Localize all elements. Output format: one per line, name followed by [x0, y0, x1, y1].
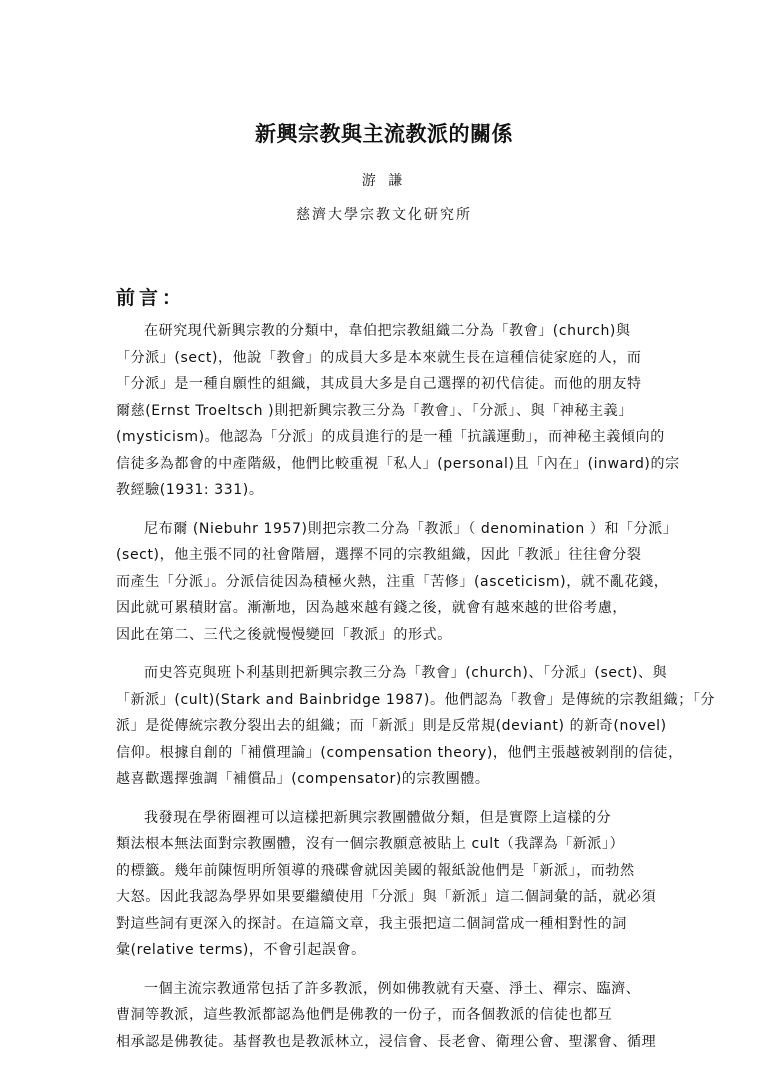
- section-heading-preface: 前言：: [116, 283, 185, 310]
- text-line: 我發現在學術圈裡可以這樣把新興宗教團體做分類，但是實際上這樣的分: [116, 805, 656, 832]
- paragraph: 而史答克與班卜利基則把新興宗教三分為「教會」(church)、「分派」(sect…: [116, 660, 656, 793]
- author-affiliation: 慈濟大學宗教文化研究所: [0, 204, 768, 224]
- text-line: 因此就可累積財富。漸漸地，因為越來越有錢之後，就會有越來越的世俗考慮，: [116, 595, 656, 622]
- text-line: 「新派」(cult)(Stark and Bainbridge 1987)。他們…: [116, 687, 656, 714]
- text-line: 「分派」是一種自願性的組織，其成員大多是自己選擇的初代信徒。而他的朋友特: [116, 371, 656, 398]
- text-line: 而產生「分派」。分派信徒因為積極火熱，注重「苦修」(asceticism)，就不…: [116, 569, 656, 596]
- document-page: 新興宗教與主流教派的關係 游 謙 慈濟大學宗教文化研究所 前言： 在研究現代新興…: [0, 0, 768, 1087]
- text-line: 尼布爾 (Niebuhr 1957)則把宗教二分為「教派」（ denominat…: [116, 516, 656, 543]
- text-line: 「分派」(sect)，他說「教會」的成員大多是本來就生長在這種信徒家庭的人，而: [116, 345, 656, 372]
- text-line: 相承認是佛教徒。基督教也是教派林立，浸信會、長老會、衛理公會、聖潔會、循理: [116, 1029, 656, 1056]
- text-line: 因此在第二、三代之後就慢慢變回「教派」的形式。: [116, 622, 656, 649]
- text-line: 對這些詞有更深入的探討。在這篇文章，我主張把這二個詞當成一種相對性的詞: [116, 911, 656, 938]
- text-line: 彙(relative terms)，不會引起誤會。: [116, 937, 656, 964]
- document-title: 新興宗教與主流教派的關係: [0, 118, 768, 148]
- body-text: 在研究現代新興宗教的分類中，韋伯把宗教組織二分為「教會」(church)與「分派…: [116, 318, 656, 1067]
- text-line: 信仰。根據自創的「補償理論」(compensation theory)，他們主張…: [116, 740, 656, 767]
- paragraph: 在研究現代新興宗教的分類中，韋伯把宗教組織二分為「教會」(church)與「分派…: [116, 318, 656, 504]
- author-name: 游 謙: [0, 170, 768, 190]
- text-line: 而史答克與班卜利基則把新興宗教三分為「教會」(church)、「分派」(sect…: [116, 660, 656, 687]
- text-line: 信徒多為都會的中產階級，他們比較重視「私人」(personal)且「內在」(in…: [116, 451, 656, 478]
- paragraph: 尼布爾 (Niebuhr 1957)則把宗教二分為「教派」（ denominat…: [116, 516, 656, 649]
- text-line: 派」是從傳統宗教分裂出去的組織；而「新派」則是反常規(deviant) 的新奇(…: [116, 713, 656, 740]
- text-line: 越喜歡選擇強調「補償品」(compensator)的宗教團體。: [116, 766, 656, 793]
- text-line: (mysticism)。他認為「分派」的成員進行的是一種「抗議運動」，而神秘主義…: [116, 424, 656, 451]
- paragraph: 一個主流宗教通常包括了許多教派，例如佛教就有天臺、淨土、禪宗、臨濟、曹洞等教派，…: [116, 976, 656, 1056]
- text-line: 曹洞等教派，這些教派都認為他們是佛教的一份子，而各個教派的信徒也都互: [116, 1002, 656, 1029]
- text-line: 教經驗(1931: 331)。: [116, 477, 656, 504]
- text-line: 爾慈(Ernst Troeltsch )則把新興宗教三分為「教會」、「分派」、與…: [116, 398, 656, 425]
- text-line: 的標籤。幾年前陳恆明所領導的飛碟會就因美國的報紙說他們是「新派」，而勃然: [116, 858, 656, 885]
- text-line: 大怒。因此我認為學界如果要繼續使用「分派」與「新派」這二個詞彙的話，就必須: [116, 884, 656, 911]
- text-line: 類法根本無法面對宗教團體，沒有一個宗教願意被貼上 cult（我譯為「新派」）: [116, 831, 656, 858]
- text-line: 在研究現代新興宗教的分類中，韋伯把宗教組織二分為「教會」(church)與: [116, 318, 656, 345]
- paragraph: 我發現在學術圈裡可以這樣把新興宗教團體做分類，但是實際上這樣的分類法根本無法面對…: [116, 805, 656, 964]
- text-line: 一個主流宗教通常包括了許多教派，例如佛教就有天臺、淨土、禪宗、臨濟、: [116, 976, 656, 1003]
- text-line: (sect)，他主張不同的社會階層，選擇不同的宗教組織，因此「教派」往往會分裂: [116, 542, 656, 569]
